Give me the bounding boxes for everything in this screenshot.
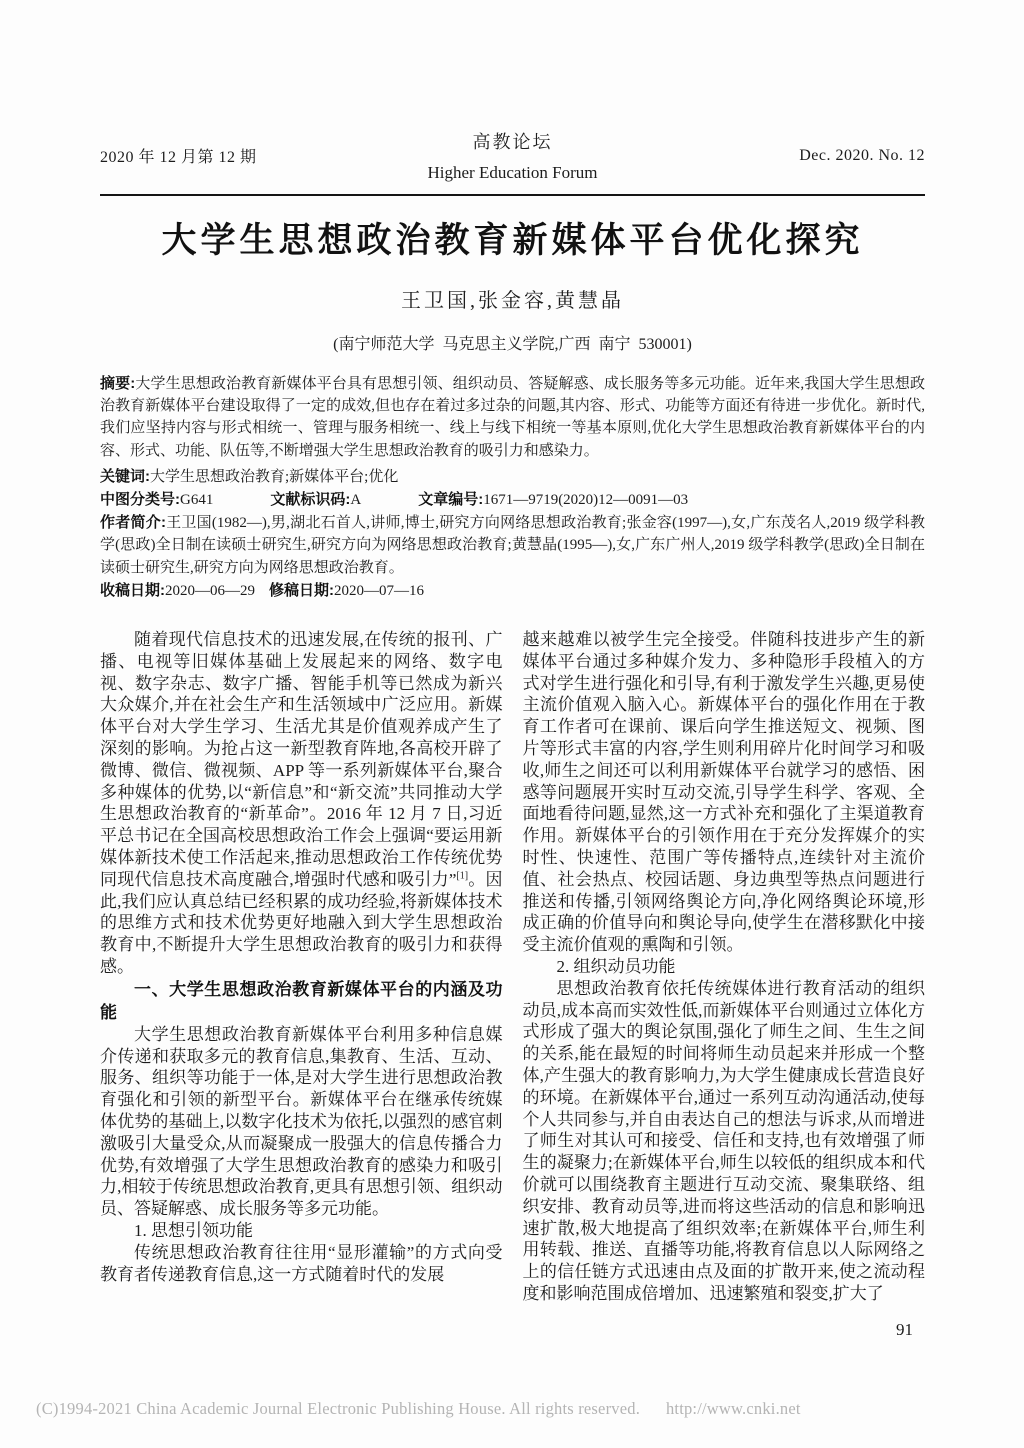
dates-line: 收稿日期:2020—06—29修稿日期:2020—07—16 [100, 580, 925, 602]
clc-item: 中图分类号:G641 [100, 492, 213, 508]
section-heading: 一、大学生思想政治教育新媒体平台的内涵及功能 [100, 978, 503, 1024]
received-date-pair: 收稿日期:2020—06—29 [100, 583, 255, 599]
subsection-heading: 2. 组织动员功能 [523, 956, 926, 978]
journal-name-en: Higher Education Forum [428, 163, 598, 183]
revised-date-pair: 修稿日期:2020—07—16 [269, 583, 424, 599]
citation-marker: [1] [456, 870, 468, 881]
clc-label: 中图分类号: [100, 491, 180, 508]
article-title: 大学生思想政治教育新媒体平台优化探究 [100, 213, 925, 263]
keywords-label: 关键词: [100, 468, 150, 485]
article-authors: 王卫国,张金容,黄慧晶 [100, 284, 925, 313]
journal-name-block: 高教论坛 Higher Education Forum [428, 128, 598, 183]
journal-page: 2020 年 12 月第 12 期 高教论坛 Higher Education … [0, 0, 1024, 1448]
doc-code-item: 文献标识码:A [270, 492, 361, 508]
received-value: 2020—06—29 [165, 583, 255, 599]
revised-value: 2020—07—16 [334, 583, 424, 599]
right-column: 越来越难以被学生完全接受。伴随科技进步产生的新媒体平台通过多种媒介发力、多种隐形… [523, 629, 926, 1305]
body-columns: 随着现代信息技术的迅速发展,在传统的报刊、广播、电视等旧媒体基础上发展起来的网络… [100, 629, 925, 1305]
page-number: 91 [896, 1320, 913, 1340]
watermark-footer: (C)1994-2021 China Academic Journal Elec… [36, 1399, 801, 1419]
issue-info-en: Dec. 2020. No. 12 [700, 147, 925, 165]
page-content: 2020 年 12 月第 12 期 高教论坛 Higher Education … [0, 0, 1024, 1305]
subsection-heading: 1. 思想引领功能 [100, 1220, 503, 1242]
body-paragraph: 越来越难以被学生完全接受。伴随科技进步产生的新媒体平台通过多种媒介发力、多种隐形… [523, 629, 926, 956]
header-divider [100, 194, 925, 196]
author-bio-text: 王卫国(1982—),男,湖北石首人,讲师,博士,研究方向网络思想政治教育;张金… [100, 515, 925, 575]
article-id-value: 1671—9719(2020)12—0091—03 [483, 492, 688, 508]
author-bio-paragraph: 作者简介:王卫国(1982—),男,湖北石首人,讲师,博士,研究方向网络思想政治… [100, 512, 925, 579]
article-meta: 摘要:大学生思想政治教育新媒体平台具有思想引领、组织动员、答疑解惑、成长服务等多… [100, 373, 925, 602]
article-id-label: 文章编号: [418, 491, 483, 508]
abstract-text: 大学生思想政治教育新媒体平台具有思想引领、组织动员、答疑解惑、成长服务等多元功能… [100, 376, 925, 459]
article-affiliation: (南宁师范大学 马克思主义学院,广西 南宁 530001) [100, 331, 925, 354]
journal-name-cn: 高教论坛 [428, 128, 598, 154]
abstract-paragraph: 摘要:大学生思想政治教育新媒体平台具有思想引领、组织动员、答疑解惑、成长服务等多… [100, 373, 925, 462]
keywords-text: 大学生思想政治教育;新媒体平台;优化 [150, 469, 398, 485]
body-paragraph: 随着现代信息技术的迅速发展,在传统的报刊、广播、电视等旧媒体基础上发展起来的网络… [100, 629, 503, 978]
paragraph-text: 随着现代信息技术的迅速发展,在传统的报刊、广播、电视等旧媒体基础上发展起来的网络… [100, 630, 503, 889]
journal-header: 2020 年 12 月第 12 期 高教论坛 Higher Education … [100, 0, 925, 183]
abstract-label: 摘要: [100, 375, 135, 392]
doc-code-value: A [350, 492, 361, 508]
body-paragraph: 思想政治教育依托传统媒体进行教育活动的组织动员,成本高而实效性低,而新媒体平台则… [523, 978, 926, 1305]
clc-value: G641 [180, 492, 213, 508]
body-paragraph: 传统思想政治教育往往用“显形灌输”的方式向受教育者传递教育信息,这一方式随着时代… [100, 1242, 503, 1286]
revised-label: 修稿日期: [269, 582, 334, 599]
author-bio-label: 作者简介: [100, 514, 166, 531]
keywords-paragraph: 关键词:大学生思想政治教育;新媒体平台;优化 [100, 466, 925, 488]
doc-code-label: 文献标识码: [270, 491, 350, 508]
issue-info-cn: 2020 年 12 月第 12 期 [100, 144, 325, 167]
article-id-item: 文章编号:1671—9719(2020)12—0091—03 [418, 492, 688, 508]
left-column: 随着现代信息技术的迅速发展,在传统的报刊、广播、电视等旧媒体基础上发展起来的网络… [100, 629, 503, 1305]
body-paragraph: 大学生思想政治教育新媒体平台利用多种信息媒介传递和获取多元的教育信息,集教育、生… [100, 1024, 503, 1220]
received-label: 收稿日期: [100, 582, 165, 599]
classification-line: 中图分类号:G641文献标识码:A文章编号:1671—9719(2020)12—… [100, 489, 925, 511]
